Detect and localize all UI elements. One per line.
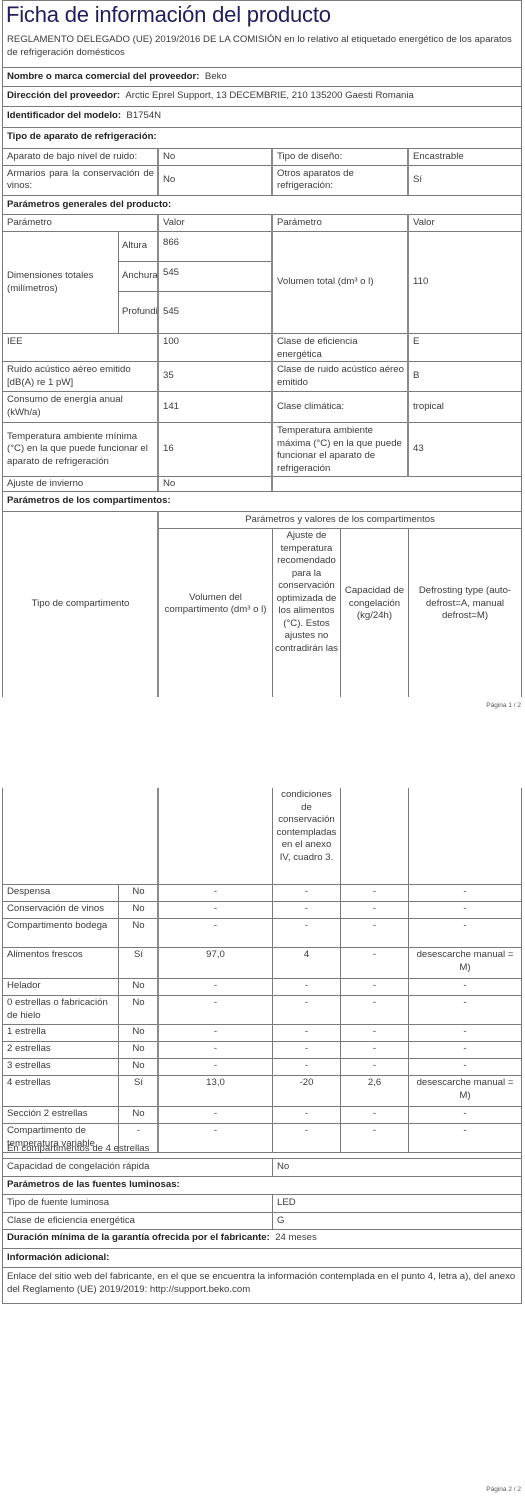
energy-value: 141	[159, 392, 272, 422]
compartment-temp: -	[273, 1059, 340, 1075]
depth-value: 545	[159, 292, 272, 333]
address-value: Arctic Eprel Support, 13 DECEMBRIE, 210 …	[125, 90, 414, 103]
compartment-defrost: -	[409, 1042, 521, 1058]
design-value: Encastrable	[409, 149, 521, 165]
light-heading: Parámetros de las fuentes luminosas:	[3, 1177, 521, 1194]
compartment-freeze: -	[341, 1059, 408, 1075]
light-class-label: Clase de eficiencia energética	[3, 1213, 272, 1229]
compartment-defrost: -	[409, 1059, 521, 1075]
page-number-1: Página 1 / 2	[486, 702, 521, 709]
max-temp-label: Temperatura ambiente máxima (°C) en la q…	[273, 423, 408, 476]
compartment-freeze: -	[341, 902, 408, 918]
general-heading: Parámetros generales del producto:	[3, 196, 521, 214]
compartment-defrost: -	[409, 1025, 521, 1041]
page-number-2: Página 2 / 2	[486, 1486, 521, 1493]
compartment-volume: 97,0	[159, 948, 272, 978]
min-temp-label: Temperatura ambiente mínima (°C) en la q…	[3, 423, 158, 476]
additional-heading: Información adicional:	[3, 1249, 521, 1267]
compartment-volume: -	[159, 979, 272, 995]
regulation-text: REGLAMENTO DELEGADO (UE) 2019/2016 DE LA…	[3, 32, 521, 66]
col-volume-header: Volumen del compartimento (dm³ o l)	[159, 529, 272, 679]
compartment-present: Sí	[119, 948, 158, 978]
max-temp-value: 43	[409, 423, 521, 476]
winter-label: Ajuste de invierno	[3, 477, 158, 491]
iee-value: 100	[159, 334, 272, 361]
compartment-name: 3 estrellas	[3, 1059, 118, 1075]
compartment-temp: -	[273, 919, 340, 947]
col-temp-header-part2: condiciones de conservación contempladas…	[273, 788, 340, 884]
model-value: B1754N	[126, 110, 161, 123]
warranty-value: 24 meses	[275, 1232, 317, 1245]
fast-freeze-label: Capacidad de congelación rápida	[3, 1159, 272, 1176]
compartment-name: Despensa	[3, 885, 118, 901]
compartment-freeze: -	[341, 919, 408, 947]
climate-label: Clase climática:	[273, 392, 408, 422]
compartment-present: No	[119, 996, 158, 1024]
warranty-row: Duración mínima de la garantía ofrecida …	[3, 1230, 521, 1247]
compartment-present: No	[119, 1059, 158, 1075]
compartment-name: 0 estrellas o fabricación de hielo	[3, 996, 118, 1024]
compartment-temp: 4	[273, 948, 340, 978]
compartment-temp: -	[273, 1042, 340, 1058]
compartment-freeze: -	[341, 979, 408, 995]
climate-value: tropical	[409, 392, 521, 422]
compartment-temp: -	[273, 1107, 340, 1123]
compartment-name: Sección 2 estrellas	[3, 1107, 118, 1123]
light-type-value: LED	[273, 1195, 521, 1212]
compartment-defrost: -	[409, 996, 521, 1024]
fast-freeze-value: No	[273, 1159, 521, 1176]
other-value: Sí	[409, 166, 521, 194]
compartment-name: 1 estrella	[3, 1025, 118, 1041]
dimensions-label: Dimensiones totales (milímetros)	[3, 232, 118, 333]
compartment-temp: -	[273, 885, 340, 901]
min-temp-value: 16	[159, 423, 272, 476]
compartment-volume: -	[159, 1059, 272, 1075]
volume-label: Volumen total (dm³ o l)	[273, 232, 408, 333]
four-star-heading: En compartimentos de 4 estrellas	[3, 1141, 521, 1158]
address-row: Dirección del proveedor: Arctic Eprel Su…	[3, 87, 521, 105]
model-row: Identificador del modelo: B1754N	[3, 107, 521, 126]
energy-label: Consumo de energía anual (kWh/a)	[3, 392, 158, 422]
noise-value: 35	[159, 362, 272, 391]
col-freeze-header: Capacidad de congelación (kg/24h)	[341, 529, 408, 679]
noise-label: Ruido acústico aéreo emitido [dB(A) re 1…	[3, 362, 158, 391]
wine-value: No	[159, 166, 272, 194]
compartment-freeze: -	[341, 1042, 408, 1058]
compartment-volume: -	[159, 1107, 272, 1123]
compartment-defrost: -	[409, 885, 521, 901]
model-label: Identificador del modelo:	[7, 110, 121, 123]
depth-label: Profundidad	[119, 292, 158, 333]
address-label: Dirección del proveedor:	[7, 90, 120, 103]
compartment-freeze: -	[341, 1107, 408, 1123]
other-label: Otros aparatos de refrigeración:	[273, 166, 408, 194]
compartment-present: No	[119, 1107, 158, 1123]
compartment-volume: -	[159, 902, 272, 918]
compartment-freeze: -	[341, 996, 408, 1024]
wine-label: Armarios para la conservación de vinos:	[3, 166, 158, 194]
winter-value: No	[159, 477, 272, 491]
width-value: 545	[159, 262, 272, 290]
compartments-heading: Parámetros de los compartimentos:	[3, 492, 521, 510]
compartment-volume: -	[159, 919, 272, 947]
compartment-defrost: desescarche manual = M)	[409, 948, 521, 978]
height-label: Altura	[119, 232, 158, 260]
compartment-name: Conservación de vinos	[3, 902, 118, 918]
frame-right	[521, 0, 522, 697]
compartment-defrost: -	[409, 919, 521, 947]
page-title: Ficha de información del producto	[6, 2, 331, 28]
compartment-present: Sí	[119, 1076, 158, 1106]
warranty-label: Duración mínima de la garantía ofrecida …	[7, 1232, 270, 1245]
compartment-defrost: -	[409, 979, 521, 995]
eff-class-value: E	[409, 334, 521, 361]
compartment-temp: -	[273, 979, 340, 995]
low-noise-label: Aparato de bajo nivel de ruido:	[3, 149, 158, 165]
compartment-present: No	[119, 1025, 158, 1041]
width-label: Anchura	[119, 262, 158, 290]
compartment-name: Compartimento bodega	[3, 919, 118, 947]
compartment-name: Alimentos frescos	[3, 948, 118, 978]
compartment-volume: -	[159, 996, 272, 1024]
supplier-value: Beko	[205, 71, 227, 84]
compartment-volume: -	[159, 1025, 272, 1041]
group-header: Parámetros y valores de los compartiment…	[159, 512, 521, 528]
noise-class-value: B	[409, 362, 521, 391]
compartment-defrost: -	[409, 1107, 521, 1123]
compartment-temp: -	[273, 1025, 340, 1041]
eff-class-label: Clase de eficiencia energética	[273, 334, 408, 361]
design-label: Tipo de diseño:	[273, 149, 408, 165]
col-defrost-header: Defrosting type (auto-defrost=A, manual …	[409, 529, 521, 679]
compartment-name: 4 estrellas	[3, 1076, 118, 1106]
col-type-header: Tipo de compartimento	[3, 512, 158, 697]
compartment-present: No	[119, 1042, 158, 1058]
compartment-temp: -	[273, 996, 340, 1024]
additional-text: Enlace del sitio web del fabricante, en …	[3, 1269, 521, 1301]
supplier-row: Nombre o marca comercial del proveedor: …	[3, 68, 521, 86]
low-noise-value: No	[159, 149, 272, 165]
frame-top	[2, 0, 522, 1]
supplier-label: Nombre o marca comercial del proveedor:	[7, 71, 199, 84]
col-param-1: Parámetro	[3, 215, 158, 231]
col-param-2: Parámetro	[273, 215, 408, 231]
light-class-value: G	[273, 1213, 521, 1229]
compartment-freeze: 2,6	[341, 1076, 408, 1106]
iee-label: IEE	[3, 334, 158, 361]
col-value-1: Valor	[159, 215, 272, 231]
compartment-temp: -20	[273, 1076, 340, 1106]
compartment-present: No	[119, 902, 158, 918]
compartment-present: No	[119, 885, 158, 901]
compartment-present: No	[119, 919, 158, 947]
compartment-temp: -	[273, 902, 340, 918]
compartment-present: No	[119, 979, 158, 995]
noise-class-label: Clase de ruido acústico aéreo emitido	[273, 362, 408, 391]
compartment-freeze: -	[341, 885, 408, 901]
light-type-label: Tipo de fuente luminosa	[3, 1195, 272, 1212]
appliance-type-heading: Tipo de aparato de refrigeración:	[3, 128, 521, 147]
volume-value: 110	[409, 232, 521, 333]
col-temp-header-part1: Ajuste de temperatura recomendado para l…	[273, 529, 340, 697]
compartment-volume: -	[159, 885, 272, 901]
compartment-volume: -	[159, 1042, 272, 1058]
height-value: 866	[159, 232, 272, 260]
compartment-defrost: desescarche manual = M)	[409, 1076, 521, 1106]
compartment-volume: 13,0	[159, 1076, 272, 1106]
compartment-name: Helador	[3, 979, 118, 995]
compartment-defrost: -	[409, 902, 521, 918]
compartment-freeze: -	[341, 1025, 408, 1041]
col-value-2: Valor	[409, 215, 521, 231]
compartment-name: 2 estrellas	[3, 1042, 118, 1058]
compartment-freeze: -	[341, 948, 408, 978]
